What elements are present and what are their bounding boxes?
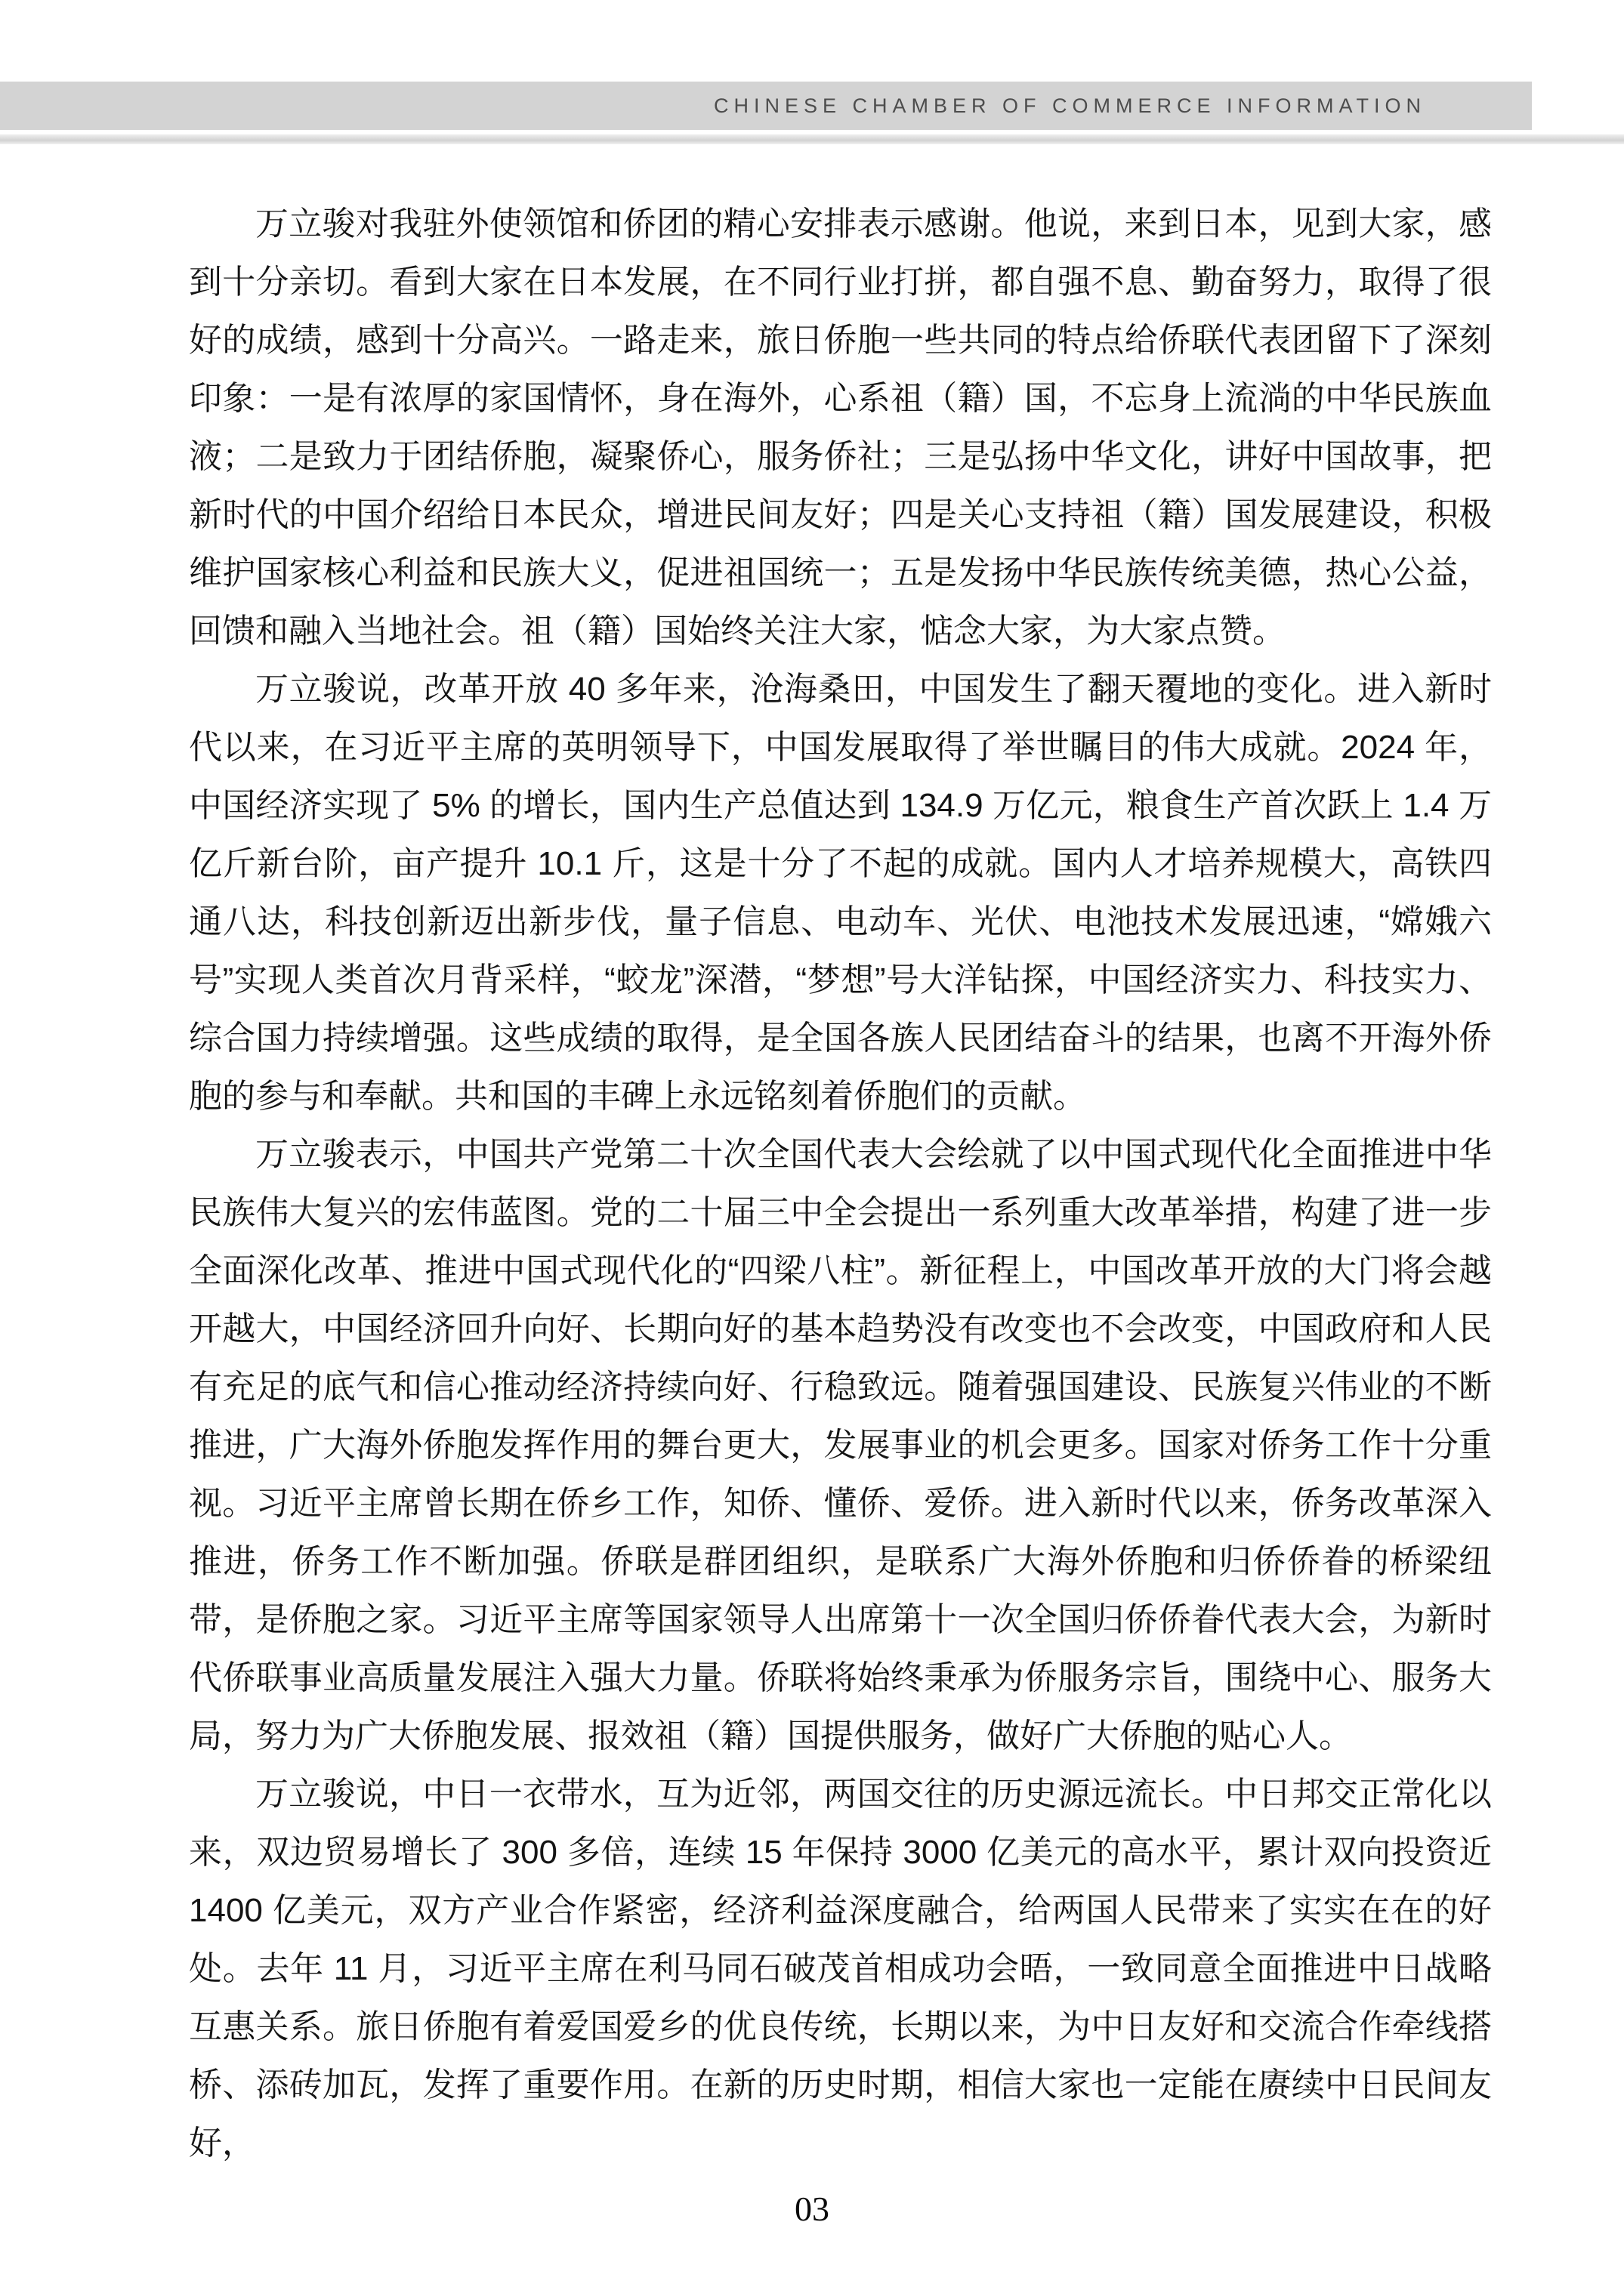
page-number: 03: [0, 2189, 1624, 2229]
paragraph: 万立骏说，中日一衣带水，互为近邻，两国交往的历史源远流长。中日邦交正常化以来，双…: [189, 1765, 1492, 2172]
paragraph: 万立骏说，改革开放 40 多年来，沧海桑田，中国发生了翻天覆地的变化。进入新时代…: [189, 660, 1492, 1125]
document-page: CHINESE CHAMBER OF COMMERCE INFORMATION …: [0, 0, 1624, 2293]
article-body: 万立骏对我驻外使领馆和侨团的精心安排表示感谢。他说，来到日本，见到大家，感到十分…: [189, 195, 1492, 2172]
header-title: CHINESE CHAMBER OF COMMERCE INFORMATION: [714, 94, 1426, 118]
header-bar: CHINESE CHAMBER OF COMMERCE INFORMATION: [0, 82, 1532, 130]
header-rule: [0, 134, 1624, 144]
paragraph: 万立骏表示，中国共产党第二十次全国代表大会绘就了以中国式现代化全面推进中华民族伟…: [189, 1125, 1492, 1765]
paragraph: 万立骏对我驻外使领馆和侨团的精心安排表示感谢。他说，来到日本，见到大家，感到十分…: [189, 195, 1492, 660]
